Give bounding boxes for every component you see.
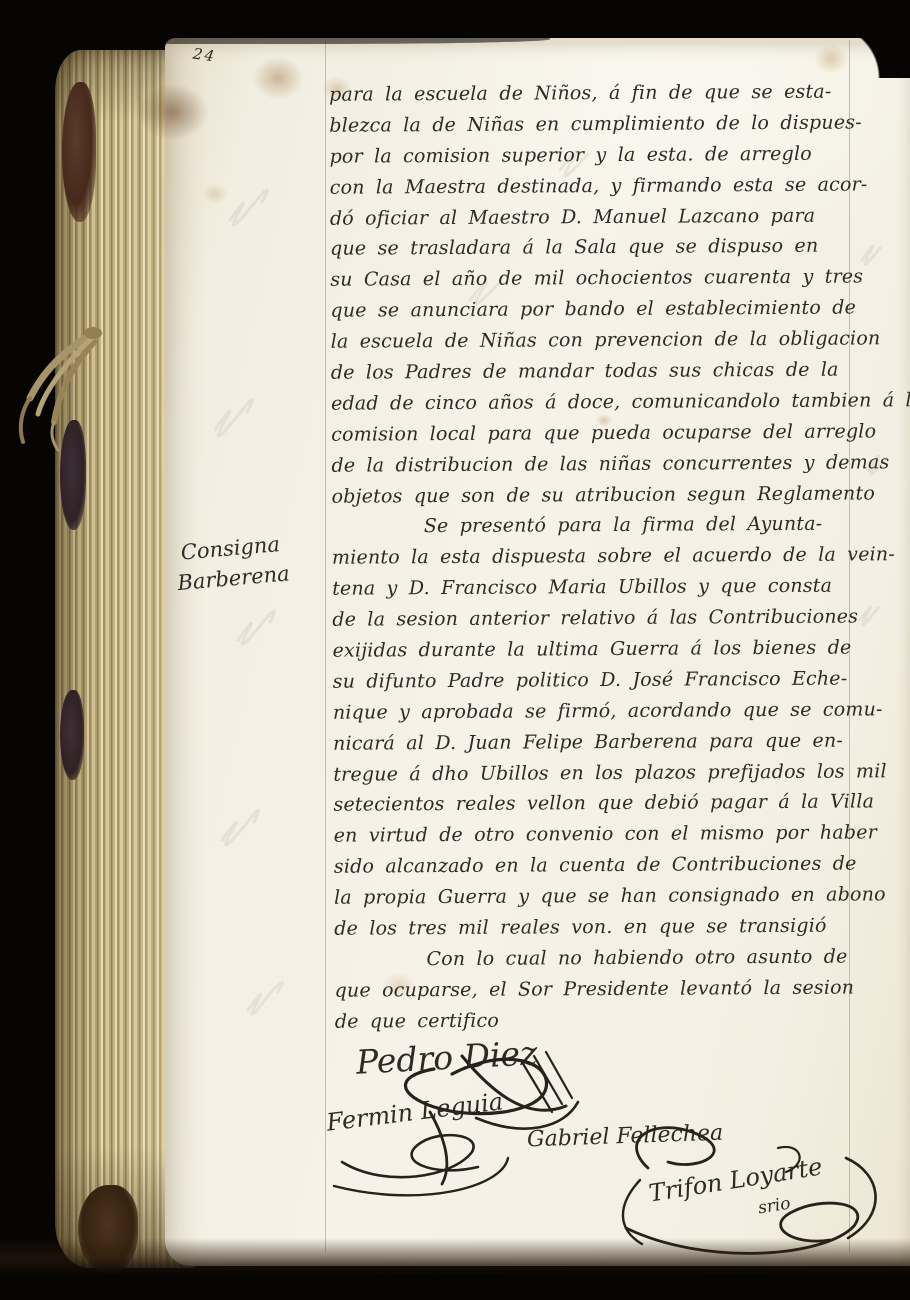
background-corner (826, 0, 910, 78)
background-top (0, 0, 910, 38)
background-bottom (0, 1238, 910, 1300)
manuscript-photo: 24 Consigna Barberena para la escuela de… (0, 0, 910, 1300)
signature-rubrics (0, 0, 910, 1300)
